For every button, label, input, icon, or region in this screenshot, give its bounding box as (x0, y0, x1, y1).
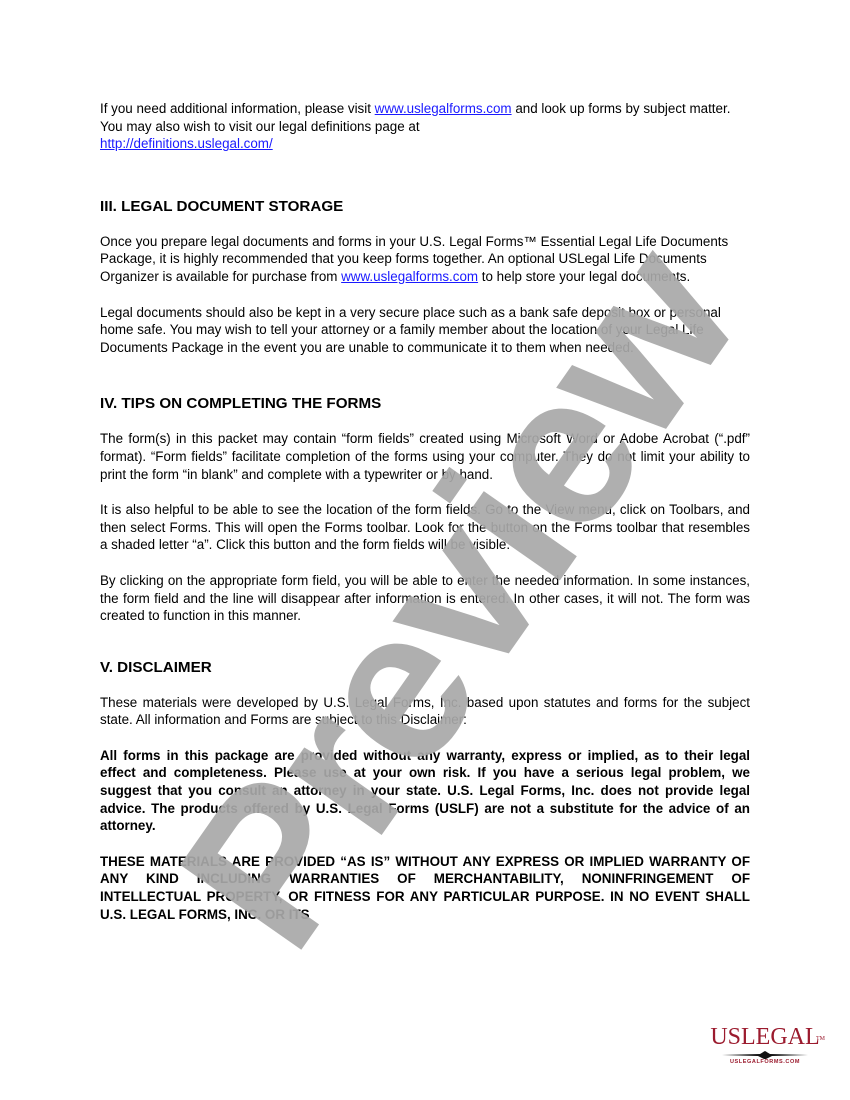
logo-url: USLEGALFORMS.COM (705, 1059, 825, 1065)
tips-paragraph-3: By clicking on the appropriate form fiel… (100, 572, 750, 625)
storage-paragraph-2: Legal documents should also be kept in a… (100, 304, 750, 357)
disclaimer-paragraph-2: All forms in this package are provided w… (100, 747, 750, 835)
document-page: If you need additional information, plea… (0, 0, 850, 1100)
storage-paragraph-1: Once you prepare legal documents and for… (100, 233, 750, 286)
uslegal-logo: USLEGALTM USLEGALFORMS.COM (705, 1025, 825, 1065)
uslegalforms-link[interactable]: www.uslegalforms.com (375, 101, 512, 116)
eagle-wings-icon (720, 1050, 810, 1059)
section-heading-disclaimer: V. DISCLAIMER (100, 658, 750, 678)
section-heading-tips: IV. TIPS ON COMPLETING THE FORMS (100, 394, 750, 414)
tips-paragraph-1: The form(s) in this packet may contain “… (100, 430, 750, 483)
uslegalforms-link-2[interactable]: www.uslegalforms.com (341, 269, 478, 284)
tips-paragraph-2: It is also helpful to be able to see the… (100, 501, 750, 554)
logo-wordmark: USLEGALTM (705, 1025, 825, 1049)
definitions-link[interactable]: http://definitions.uslegal.com/ (100, 136, 273, 151)
document-body: If you need additional information, plea… (100, 100, 750, 923)
disclaimer-paragraph-1: These materials were developed by U.S. L… (100, 694, 750, 729)
section-heading-storage: III. LEGAL DOCUMENT STORAGE (100, 197, 750, 217)
disclaimer-paragraph-3: THESE MATERIALS ARE PROVIDED “AS IS” WIT… (100, 853, 750, 923)
trademark-mark: TM (816, 1027, 825, 1051)
intro-paragraph: If you need additional information, plea… (100, 100, 750, 153)
